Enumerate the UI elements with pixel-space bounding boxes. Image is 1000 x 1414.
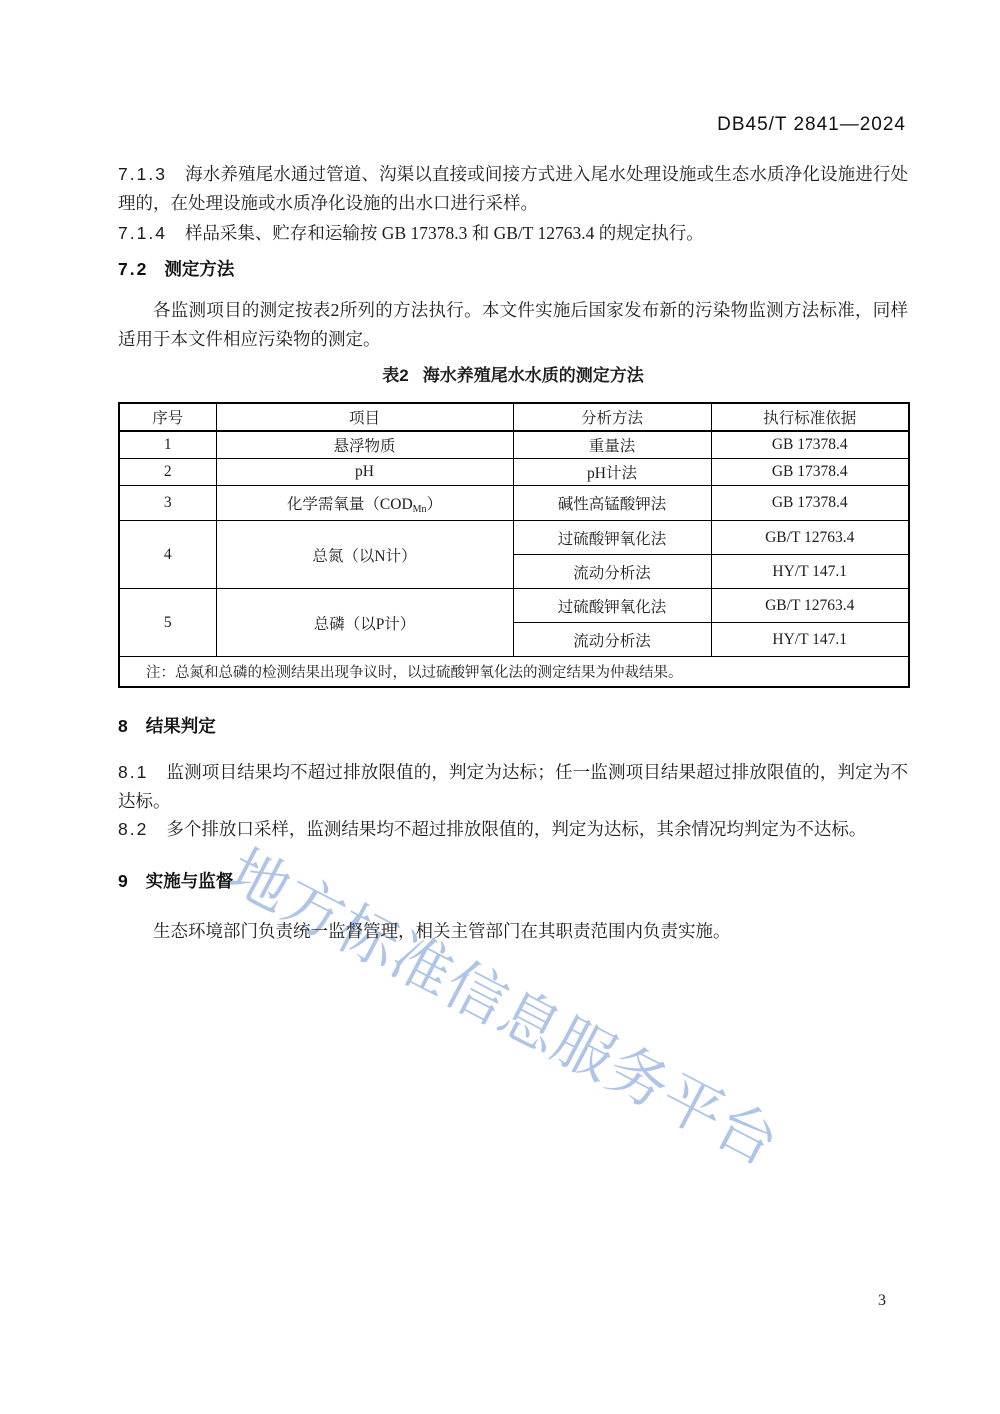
heading-9: 9实施与监督	[118, 868, 908, 893]
cell-standard: GB 17378.4	[711, 486, 909, 521]
cell-item-text: 化学需氧量（COD	[287, 496, 413, 513]
cell-item: 化学需氧量（CODMn）	[216, 486, 513, 521]
heading-title: 实施与监督	[146, 871, 234, 891]
clause-7-1-3: 7.1.3海水养殖尾水通过管道、沟渠以直接或间接方式进入尾水处理设施或生态水质净…	[118, 160, 908, 218]
clause-8-2: 8.2多个排放口采样，监测结果均不超过排放限值的，判定为达标，其余情况均判定为不…	[118, 815, 908, 844]
document-page: 地方标准信息服务平台 DB45/T 2841—2024 7.1.3海水养殖尾水通…	[0, 0, 1000, 1414]
clause-text: 样品采集、贮存和运输按 GB 17378.3 和 GB/T 12763.4 的规…	[185, 223, 704, 243]
cell-method: 过硫酸钾氧化法	[513, 521, 711, 555]
table-row: 1 悬浮物质 重量法 GB 17378.4	[119, 431, 909, 459]
cod-subscript: Mn	[413, 504, 427, 515]
cell-no: 4	[119, 521, 216, 589]
clause-text: 海水养殖尾水通过管道、沟渠以直接或间接方式进入尾水处理设施或生态水质净化设施进行…	[118, 164, 908, 213]
clause-number: 8.1	[118, 762, 148, 782]
cell-standard: HY/T 147.1	[711, 623, 909, 657]
paragraph-9: 生态环境部门负责统一监督管理，相关主管部门在其职责范围内负责实施。	[118, 917, 908, 946]
heading-8: 8结果判定	[118, 713, 908, 738]
column-header-item: 项目	[216, 403, 513, 431]
clause-number: 8.2	[118, 819, 148, 839]
cell-method: 重量法	[513, 431, 711, 459]
cell-no: 2	[119, 459, 216, 486]
table-row: 5 总磷（以P计） 过硫酸钾氧化法 GB/T 12763.4	[119, 589, 909, 623]
cell-standard: GB/T 12763.4	[711, 589, 909, 623]
table-row: 2 pH pH计法 GB 17378.4	[119, 459, 909, 486]
table-row: 4 总氮（以N计） 过硫酸钾氧化法 GB/T 12763.4	[119, 521, 909, 555]
table2-title-text: 海水养殖尾水水质的测定方法	[423, 366, 644, 385]
cell-method: 流动分析法	[513, 623, 711, 657]
doc-number: DB45/T 2841—2024	[118, 114, 906, 136]
clause-text: 监测项目结果均不超过排放限值的，判定为达标；任一监测项目结果超过排放限值的，判定…	[118, 762, 908, 811]
clause-8-1: 8.1监测项目结果均不超过排放限值的，判定为达标；任一监测项目结果超过排放限值的…	[118, 758, 908, 816]
column-header-method: 分析方法	[513, 403, 711, 431]
cell-standard: GB 17378.4	[711, 459, 909, 486]
cell-method: 流动分析法	[513, 555, 711, 589]
cell-no: 1	[119, 431, 216, 459]
cell-no: 3	[119, 486, 216, 521]
table2-title-number: 表2	[382, 366, 408, 385]
heading-title: 结果判定	[146, 716, 216, 736]
clause-number: 7.1.4	[118, 223, 167, 243]
cell-method: 碱性高锰酸钾法	[513, 486, 711, 521]
clause-number: 7.1.3	[118, 164, 167, 184]
table2-header-row: 序号 项目 分析方法 执行标准依据	[119, 403, 909, 431]
clause-text: 多个排放口采样，监测结果均不超过排放限值的，判定为达标，其余情况均判定为不达标。	[166, 819, 866, 839]
cell-standard: GB 17378.4	[711, 431, 909, 459]
table-note-row: 注：总氮和总磷的检测结果出现争议时，以过硫酸钾氧化法的测定结果为仲裁结果。	[119, 657, 909, 687]
clause-7-1-4: 7.1.4样品采集、贮存和运输按 GB 17378.3 和 GB/T 12763…	[118, 219, 908, 248]
table-note: 注：总氮和总磷的检测结果出现争议时，以过硫酸钾氧化法的测定结果为仲裁结果。	[119, 657, 909, 687]
table-row: 3 化学需氧量（CODMn） 碱性高锰酸钾法 GB 17378.4	[119, 486, 909, 521]
table2-title: 表2海水养殖尾水水质的测定方法	[118, 361, 908, 386]
heading-number: 9	[118, 871, 130, 891]
paragraph-7-2: 各监测项目的测定按表2所列的方法执行。本文件实施后国家发布新的污染物监测方法标准…	[118, 296, 908, 354]
cell-item: 总磷（以P计）	[216, 589, 513, 657]
cell-method: pH计法	[513, 459, 711, 486]
column-header-no: 序号	[119, 403, 216, 431]
cell-item: 悬浮物质	[216, 431, 513, 459]
table2: 序号 项目 分析方法 执行标准依据 1 悬浮物质 重量法 GB 17378.4 …	[118, 402, 910, 688]
cell-method: 过硫酸钾氧化法	[513, 589, 711, 623]
heading-number: 7.2	[118, 259, 148, 279]
cell-standard: GB/T 12763.4	[711, 521, 909, 555]
heading-title: 测定方法	[164, 259, 234, 279]
cell-item-close: ）	[427, 496, 443, 513]
heading-7-2: 7.2测定方法	[118, 256, 908, 281]
cell-no: 5	[119, 589, 216, 657]
cell-standard: HY/T 147.1	[711, 555, 909, 589]
cell-item: 总氮（以N计）	[216, 521, 513, 589]
column-header-standard: 执行标准依据	[711, 403, 909, 431]
page-number: 3	[118, 1292, 908, 1310]
heading-number: 8	[118, 716, 130, 736]
cell-item: pH	[216, 459, 513, 486]
